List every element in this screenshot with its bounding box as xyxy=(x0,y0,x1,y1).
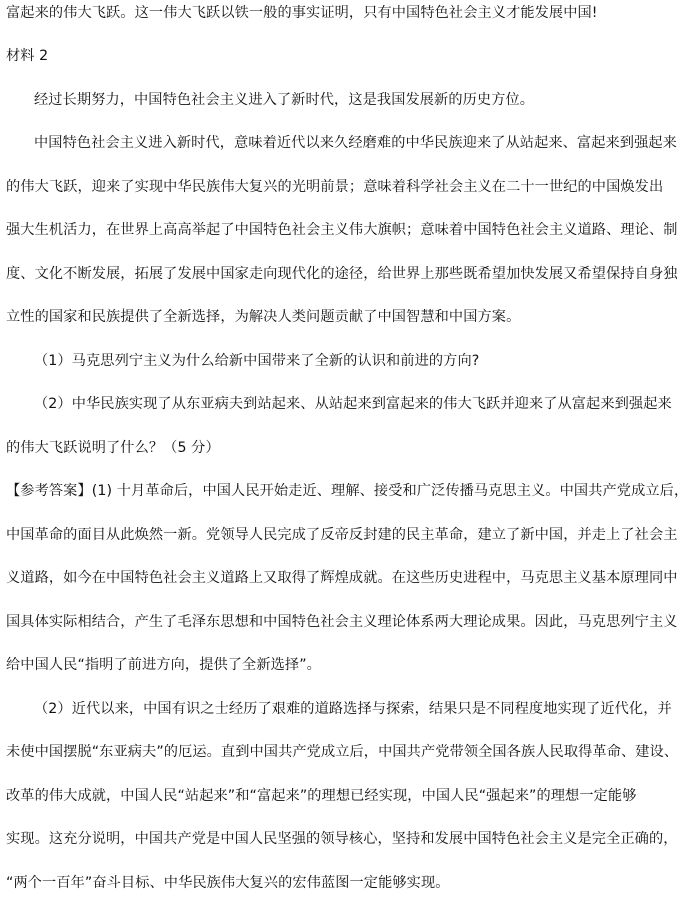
text-line: 义道路，如今在中国特色社会主义道路上又取得了辉煌成就。在这些历史进程中，马克思主… xyxy=(6,565,678,591)
text-line: 的伟大飞跃，迎来了实现中华民族伟大复兴的光明前景；意味着科学社会主义在二十一世纪… xyxy=(6,174,663,200)
text-line: 富起来的伟大飞跃。这一伟大飞跃以铁一般的事实证明，只有中国特色社会主义才能发展中… xyxy=(6,0,598,26)
text-line: 未使中国摆脱“东亚病夫”的厄运。直到中国共产党成立后，中国共产党带领全国各族人民… xyxy=(6,739,678,765)
question-2: （2）中华民族实现了从东亚病夫到站起来、从站起来到富起来的伟大飞跃并迎来了从富起… xyxy=(34,391,672,417)
text-line: 经过长期努力，中国特色社会主义进入了新时代，这是我国发展新的历史方位。 xyxy=(34,87,534,113)
section-heading: 材料 2 xyxy=(6,43,48,69)
text-line: 中国革命的面目从此焕然一新。党领导人民完成了反帝反封建的民主革命，建立了新中国，… xyxy=(6,522,678,548)
text-line: 度、文化不断发展，拓展了发展中国家走向现代化的途径，给世界上那些既希望加快发展又… xyxy=(6,261,678,287)
text-line: 给中国人民“指明了前进方向，提供了全新选择”。 xyxy=(6,652,321,678)
text-line: 改革的伟大成就，中国人民“站起来”和“富起来”的理想已经实现，中国人民“强起来”… xyxy=(6,783,637,809)
text-line: 的伟大飞跃说明了什么？（5 分） xyxy=(6,435,220,461)
text-line: 中国特色社会主义进入新时代，意味着近代以来久经磨难的中华民族迎来了从站起来、富起… xyxy=(34,130,677,156)
question-1: （1）马克思列宁主义为什么给新中国带来了全新的认识和前进的方向? xyxy=(34,348,479,374)
text-line: 实现。这充分说明，中国共产党是中国人民坚强的领导核心，坚持和发展中国特色社会主义… xyxy=(6,826,678,852)
text-line: 强大生机活力，在世界上高高举起了中国特色社会主义伟大旗帜；意味着中国特色社会主义… xyxy=(6,217,678,243)
text-line: 立性的国家和民族提供了全新选择，为解决人类问题贡献了中国智慧和中国方案。 xyxy=(6,304,520,330)
text-line: “两个一百年”奋斗目标、中华民族伟大复兴的宏伟蓝图一定能够实现。 xyxy=(6,870,450,896)
text-line: 国具体实际相结合，产生了毛泽东思想和中国特色社会主义理论体系两大理论成果。因此，… xyxy=(6,609,678,635)
answer-heading: 【参考答案】(1) 十月革命后，中国人民开始走近、理解、接受和广泛传播马克思主义… xyxy=(6,478,688,504)
answer-2: （2）近代以来，中国有识之士经历了艰难的道路选择与探索，结果只是不同程度地实现了… xyxy=(34,696,672,722)
